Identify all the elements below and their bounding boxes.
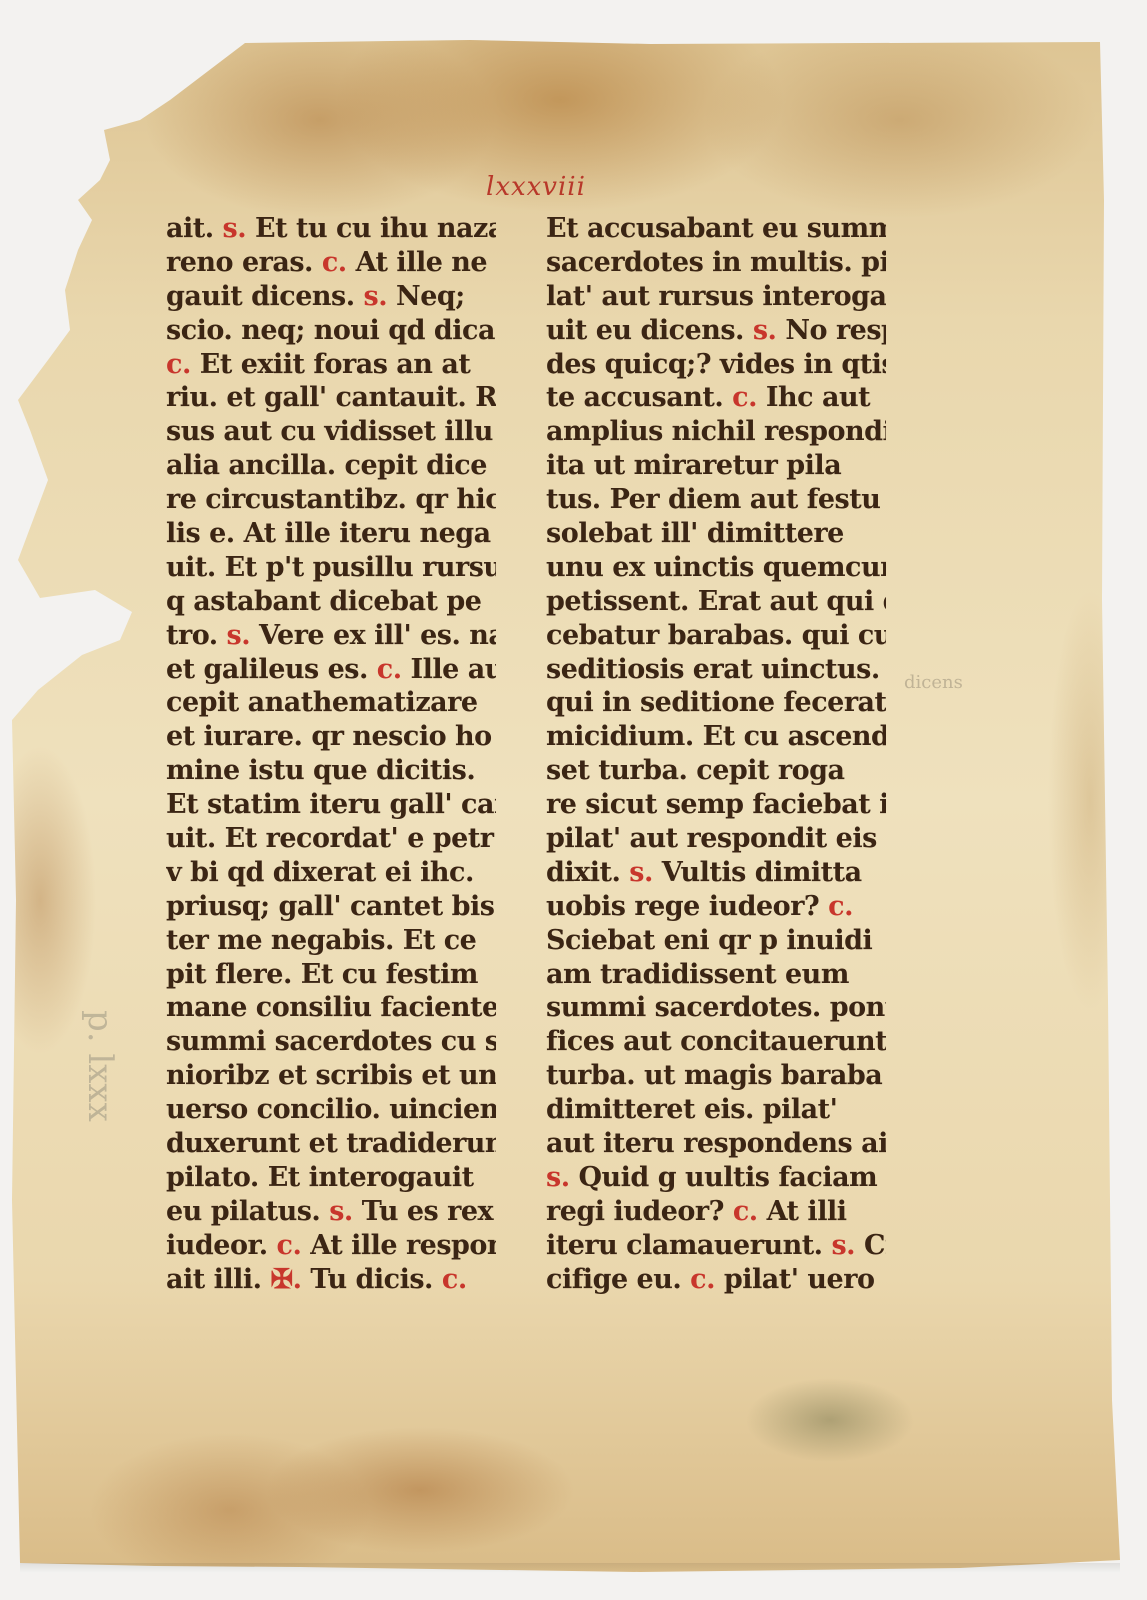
- rubric-marker: c.: [828, 891, 853, 922]
- rubric-marker: s.: [546, 1162, 570, 1193]
- text-segment: amplius nichil respondit.: [546, 416, 886, 447]
- manuscript-line: s. Quid g uultis faciam: [546, 1161, 886, 1195]
- text-segment: ait.: [166, 213, 223, 244]
- manuscript-line: duxerunt et tradiderunt: [166, 1127, 496, 1161]
- text-segment: Quid g uultis faciam: [570, 1162, 878, 1193]
- manuscript-line: priusq; gall' cantet bis.: [166, 890, 496, 924]
- manuscript-line: cepit anathematizare: [166, 686, 496, 720]
- manuscript-line: des quicq;? vides in qtis: [546, 348, 886, 382]
- text-segment: re circustantibz. qr hic ex il: [166, 484, 496, 515]
- manuscript-line: summi sacerdotes. ponti: [546, 991, 886, 1025]
- manuscript-line: et iurare. qr nescio ho: [166, 720, 496, 754]
- text-segment: Vere ex ill' es. na: [250, 620, 496, 651]
- manuscript-line: uit eu dicens. s. No respon: [546, 314, 886, 348]
- manuscript-line: gauit dicens. s. Neq;: [166, 280, 496, 314]
- manuscript-line: sus aut cu vidisset illu: [166, 415, 496, 449]
- text-segment: Vultis dimitta: [653, 857, 862, 888]
- text-segment: ita ut miraretur pila: [546, 450, 841, 481]
- text-segment: mane consiliu facientes: [166, 992, 496, 1023]
- text-segment: seditiosis erat uinctus.: [546, 654, 880, 685]
- text-segment: tro.: [166, 620, 227, 651]
- offset-ghost-text: dicens: [904, 672, 963, 693]
- leaf-shadow: [20, 1563, 1120, 1573]
- manuscript-line: ita ut miraretur pila: [546, 449, 886, 483]
- rubric-marker: c.: [277, 1230, 302, 1261]
- text-segment: At ille respondens: [301, 1230, 496, 1261]
- text-segment: Tu es rex: [353, 1196, 493, 1227]
- text-segment: qui in seditione fecerat ho: [546, 687, 886, 718]
- text-segment: Et statim iteru gall' canta: [166, 789, 496, 820]
- manuscript-line: lis e. At ille iteru nega: [166, 517, 496, 551]
- rubric-marker: c.: [690, 1264, 715, 1295]
- manuscript-line: mine istu que dicitis.: [166, 754, 496, 788]
- text-segment: uerso concilio. uincientes ihu: [166, 1094, 496, 1125]
- text-segment: Cru: [855, 1230, 886, 1261]
- text-segment: am tradidissent eum: [546, 959, 849, 990]
- text-segment: Ille aut: [402, 654, 496, 685]
- rubric-marker: ✠.: [270, 1264, 301, 1295]
- text-segment: set turba. cepit roga: [546, 755, 844, 786]
- manuscript-line: unu ex uinctis quemcumq;: [546, 551, 886, 585]
- text-segment: turba. ut magis baraba: [546, 1060, 882, 1091]
- manuscript-line: seditiosis erat uinctus.: [546, 653, 886, 687]
- manuscript-line: tus. Per diem aut festu: [546, 483, 886, 517]
- manuscript-line: cebatur barabas. qui cu: [546, 619, 886, 653]
- text-segment: mine istu que dicitis.: [166, 755, 475, 786]
- manuscript-line: set turba. cepit roga: [546, 754, 886, 788]
- manuscript-line: sacerdotes in multis. pi: [546, 246, 886, 280]
- rubric-marker: s.: [227, 620, 251, 651]
- manuscript-line: re sicut semp faciebat ill'.: [546, 788, 886, 822]
- rubric-marker: s.: [223, 213, 247, 244]
- rubric-marker: c.: [377, 654, 402, 685]
- manuscript-line: uobis rege iudeor? c.: [546, 890, 886, 924]
- manuscript-line: Et accusabant eu summi: [546, 212, 886, 246]
- text-segment: uit eu dicens.: [546, 315, 753, 346]
- text-segment: sacerdotes in multis. pi: [546, 247, 886, 278]
- manuscript-line: amplius nichil respondit.: [546, 415, 886, 449]
- manuscript-line: lat' aut rursus interoga: [546, 280, 886, 314]
- text-segment: ait illi.: [166, 1264, 270, 1295]
- rubric-marker: c.: [166, 349, 191, 380]
- manuscript-line: iteru clamauerunt. s. Cru: [546, 1229, 886, 1263]
- rubric-marker: s.: [753, 315, 777, 346]
- manuscript-line: aut iteru respondens ait ill'.: [546, 1127, 886, 1161]
- text-segment: gauit dicens.: [166, 281, 364, 312]
- text-column-right: Et accusabant eu summisacerdotes in mult…: [546, 212, 886, 1297]
- manuscript-line: uerso concilio. uincientes ihu: [166, 1093, 496, 1127]
- text-segment: micidium. Et cu ascendis: [546, 721, 886, 752]
- manuscript-line: scio. neq; noui qd dicas.: [166, 314, 496, 348]
- manuscript-line: pilat' aut respondit eis et: [546, 822, 886, 856]
- text-segment: cebatur barabas. qui cu: [546, 620, 886, 651]
- manuscript-leaf: lxxxviii ait. s. Et tu cu ihu nazareno e…: [0, 0, 1147, 1600]
- manuscript-line: riu. et gall' cantauit. Rur: [166, 381, 496, 415]
- manuscript-line: micidium. Et cu ascendis: [546, 720, 886, 754]
- manuscript-line: summi sacerdotes cu se: [166, 1025, 496, 1059]
- manuscript-line: fices aut concitauerunt: [546, 1025, 886, 1059]
- text-segment: cepit anathematizare: [166, 687, 478, 718]
- text-segment: summi sacerdotes cu se: [166, 1026, 496, 1057]
- text-segment: iteru clamauerunt.: [546, 1230, 831, 1261]
- text-segment: At illi: [758, 1196, 847, 1227]
- text-segment: priusq; gall' cantet bis.: [166, 891, 496, 922]
- text-segment: iudeor.: [166, 1230, 277, 1261]
- manuscript-line: cifige eu. c. pilat' uero: [546, 1263, 886, 1297]
- manuscript-line: alia ancilla. cepit dice: [166, 449, 496, 483]
- margin-pencil-note: p. lxxx: [80, 1010, 120, 1122]
- text-segment: ter me negabis. Et ce: [166, 925, 476, 956]
- text-segment: solebat ill' dimittere: [546, 518, 844, 549]
- text-segment: Ihc aut: [757, 382, 870, 413]
- text-segment: Neq;: [387, 281, 465, 312]
- manuscript-line: ait illi. ✠. Tu dicis. c.: [166, 1263, 496, 1297]
- text-segment: petissent. Erat aut qui di: [546, 586, 886, 617]
- manuscript-line: pilato. Et interogauit: [166, 1161, 496, 1195]
- text-segment: dimitteret eis. pilat': [546, 1094, 837, 1125]
- rubric-marker: s.: [629, 857, 653, 888]
- text-segment: Tu dicis.: [301, 1264, 441, 1295]
- manuscript-line: ait. s. Et tu cu ihu naza: [166, 212, 496, 246]
- text-segment: uit. Et p't pusillu rursus: [166, 552, 496, 583]
- manuscript-line: re circustantibz. qr hic ex il: [166, 483, 496, 517]
- text-segment: unu ex uinctis quemcumq;: [546, 552, 886, 583]
- manuscript-line: nioribz et scribis et uni: [166, 1059, 496, 1093]
- rubric-marker: c.: [442, 1264, 467, 1295]
- text-segment: et iurare. qr nescio ho: [166, 721, 492, 752]
- rubric-marker: s.: [831, 1230, 855, 1261]
- text-segment: dixit.: [546, 857, 629, 888]
- text-segment: re sicut semp faciebat ill'.: [546, 789, 886, 820]
- rubric-marker: c.: [733, 1196, 758, 1227]
- manuscript-line: c. Et exiit foras an at: [166, 348, 496, 382]
- manuscript-line: regi iudeor? c. At illi: [546, 1195, 886, 1229]
- manuscript-line: qui in seditione fecerat ho: [546, 686, 886, 720]
- manuscript-line: ter me negabis. Et ce: [166, 924, 496, 958]
- text-segment: q astabant dicebat pe: [166, 586, 481, 617]
- manuscript-line: te accusant. c. Ihc aut: [546, 381, 886, 415]
- text-segment: et galileus es.: [166, 654, 377, 685]
- manuscript-line: iudeor. c. At ille respondens: [166, 1229, 496, 1263]
- text-segment: riu. et gall' cantauit. Rur: [166, 382, 496, 413]
- manuscript-line: Et statim iteru gall' canta: [166, 788, 496, 822]
- text-segment: regi iudeor?: [546, 1196, 733, 1227]
- manuscript-line: am tradidissent eum: [546, 958, 886, 992]
- manuscript-line: et galileus es. c. Ille aut: [166, 653, 496, 687]
- text-segment: No respon: [776, 315, 886, 346]
- text-segment: Sciebat eni qr p inuidi: [546, 925, 872, 956]
- text-segment: v bi qd dixerat ei ihc.: [166, 857, 474, 888]
- text-segment: At ille ne: [347, 247, 487, 278]
- text-segment: des quicq;? vides in qtis: [546, 349, 886, 380]
- folio-number: lxxxviii: [486, 172, 586, 202]
- text-segment: lat' aut rursus interoga: [546, 281, 886, 312]
- text-segment: tus. Per diem aut festu: [546, 484, 880, 515]
- text-segment: summi sacerdotes. ponti: [546, 992, 886, 1023]
- text-segment: pilato. Et interogauit: [166, 1162, 474, 1193]
- rubric-marker: s.: [329, 1196, 353, 1227]
- text-segment: eu pilatus.: [166, 1196, 329, 1227]
- manuscript-line: solebat ill' dimittere: [546, 517, 886, 551]
- text-segment: Et tu cu ihu naza: [246, 213, 496, 244]
- text-segment: scio. neq; noui qd dicas.: [166, 315, 496, 346]
- text-segment: uit. Et recordat' e petr': [166, 823, 496, 854]
- text-segment: pit flere. Et cu festim: [166, 959, 478, 990]
- manuscript-line: uit. Et recordat' e petr': [166, 822, 496, 856]
- manuscript-line: dimitteret eis. pilat': [546, 1093, 886, 1127]
- text-segment: lis e. At ille iteru nega: [166, 518, 491, 549]
- manuscript-line: tro. s. Vere ex ill' es. na: [166, 619, 496, 653]
- text-segment: fices aut concitauerunt: [546, 1026, 886, 1057]
- text-segment: sus aut cu vidisset illu: [166, 416, 493, 447]
- text-segment: uobis rege iudeor?: [546, 891, 828, 922]
- rubric-marker: c.: [732, 382, 757, 413]
- manuscript-line: reno eras. c. At ille ne: [166, 246, 496, 280]
- rubric-marker: s.: [364, 281, 388, 312]
- text-segment: aut iteru respondens ait ill'.: [546, 1128, 886, 1159]
- manuscript-line: Sciebat eni qr p inuidi: [546, 924, 886, 958]
- manuscript-line: mane consiliu facientes: [166, 991, 496, 1025]
- manuscript-line: uit. Et p't pusillu rursus: [166, 551, 496, 585]
- manuscript-line: petissent. Erat aut qui di: [546, 585, 886, 619]
- text-segment: pilat' aut respondit eis et: [546, 823, 886, 854]
- manuscript-line: v bi qd dixerat ei ihc.: [166, 856, 496, 890]
- manuscript-line: eu pilatus. s. Tu es rex: [166, 1195, 496, 1229]
- text-segment: cifige eu.: [546, 1264, 690, 1295]
- manuscript-line: q astabant dicebat pe: [166, 585, 496, 619]
- manuscript-line: dixit. s. Vultis dimitta: [546, 856, 886, 890]
- text-segment: Et exiit foras an at: [191, 349, 470, 380]
- manuscript-line: turba. ut magis baraba: [546, 1059, 886, 1093]
- text-segment: Et accusabant eu summi: [546, 213, 886, 244]
- text-column-left: ait. s. Et tu cu ihu nazareno eras. c. A…: [166, 212, 496, 1297]
- rubric-marker: c.: [322, 247, 347, 278]
- text-segment: pilat' uero: [715, 1264, 874, 1295]
- text-segment: nioribz et scribis et uni: [166, 1060, 496, 1091]
- text-segment: alia ancilla. cepit dice: [166, 450, 487, 481]
- manuscript-line: pit flere. Et cu festim: [166, 958, 496, 992]
- text-segment: duxerunt et tradiderunt: [166, 1128, 496, 1159]
- text-segment: reno eras.: [166, 247, 322, 278]
- text-segment: te accusant.: [546, 382, 732, 413]
